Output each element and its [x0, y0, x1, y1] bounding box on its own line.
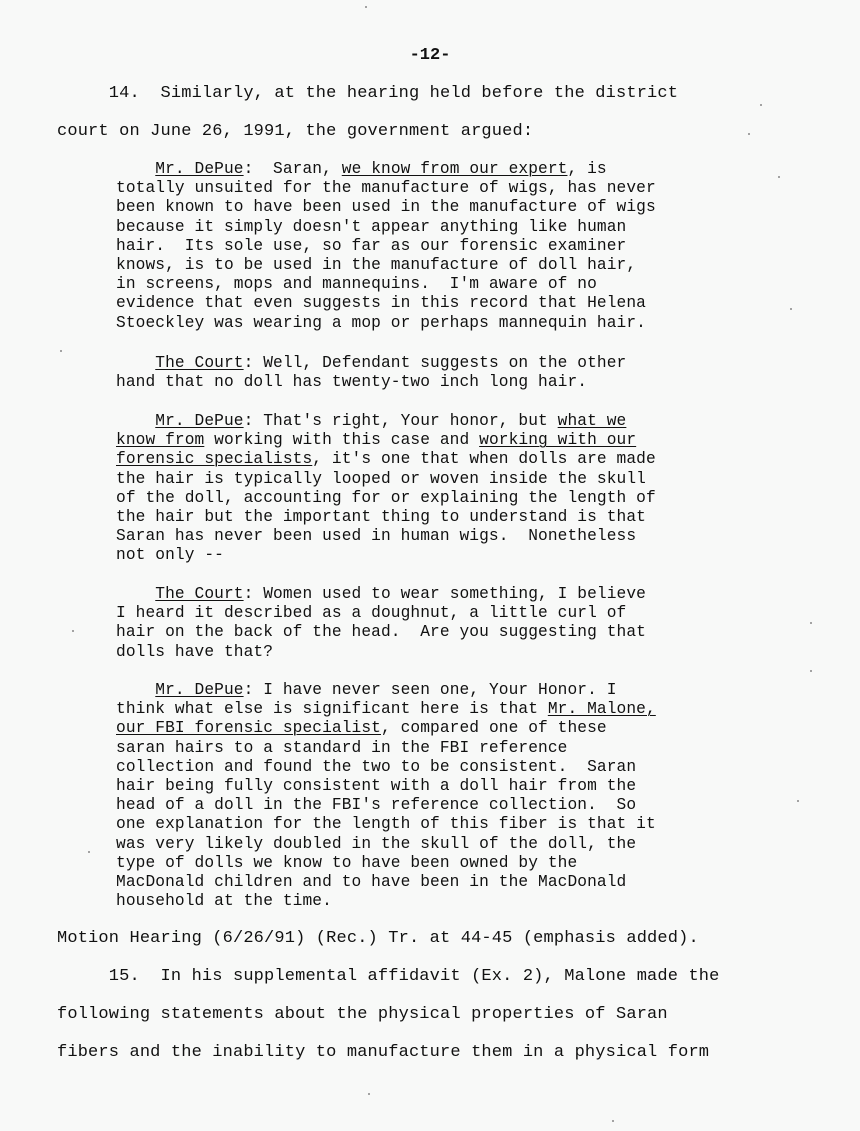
emphasis-underline: Mr. Malone,	[548, 700, 656, 718]
paragraph-15-line-1: 15. In his supplemental affidavit (Ex. 2…	[57, 967, 720, 986]
quote-text	[116, 412, 155, 430]
quote-text: head of a doll in the FBI's reference co…	[116, 796, 636, 814]
speaker-name: The Court	[155, 585, 243, 603]
scan-speck	[810, 670, 812, 672]
scan-speck	[365, 6, 367, 8]
quote-line: one explanation for the length of this f…	[116, 815, 796, 834]
scan-speck	[368, 1093, 370, 1095]
quote-text: dolls have that?	[116, 643, 273, 661]
quote-text	[116, 160, 155, 178]
quote-line: Mr. DePue: That's right, Your honor, but…	[116, 412, 796, 431]
quote-line: in screens, mops and mannequins. I'm awa…	[116, 275, 796, 294]
emphasis-underline: know from	[116, 431, 204, 449]
quote-text: in screens, mops and mannequins. I'm awa…	[116, 275, 597, 293]
quote-text: Stoeckley was wearing a mop or perhaps m…	[116, 314, 646, 332]
speaker-name: Mr. DePue	[155, 681, 243, 699]
scan-speck	[72, 630, 74, 632]
quote-text: household at the time.	[116, 892, 332, 910]
page-number: -12-	[0, 46, 860, 65]
quote-text: hair on the back of the head. Are you su…	[116, 623, 646, 641]
emphasis-underline: working with our	[479, 431, 636, 449]
scan-speck	[748, 133, 750, 135]
quote-line: type of dolls we know to have been owned…	[116, 854, 796, 873]
scan-speck	[797, 800, 799, 802]
speaker-name: Mr. DePue	[155, 160, 243, 178]
quote-line: the hair but the important thing to unde…	[116, 508, 796, 527]
quote-line: forensic specialists, it's one that when…	[116, 450, 796, 469]
quote-line: hair being fully consistent with a doll …	[116, 777, 796, 796]
quote-text: working with this case and	[204, 431, 479, 449]
quote-line: Mr. DePue: Saran, we know from our exper…	[116, 160, 796, 179]
scan-speck	[790, 308, 792, 310]
quote-text: think what else is significant here is t…	[116, 700, 548, 718]
scan-speck	[60, 350, 62, 352]
emphasis-underline: what we	[558, 412, 627, 430]
quote-line: household at the time.	[116, 892, 796, 911]
quote-text: totally unsuited for the manufacture of …	[116, 179, 656, 197]
quote-line: Stoeckley was wearing a mop or perhaps m…	[116, 314, 796, 333]
paragraph-15-line-3: fibers and the inability to manufacture …	[57, 1043, 709, 1062]
scan-speck	[88, 851, 90, 853]
quote-text: hair being fully consistent with a doll …	[116, 777, 636, 795]
quote-line: hair. Its sole use, so far as our forens…	[116, 237, 796, 256]
quote-line: dolls have that?	[116, 643, 796, 662]
scan-speck	[760, 104, 762, 106]
quote-line: think what else is significant here is t…	[116, 700, 796, 719]
speaker-name: Mr. DePue	[155, 412, 243, 430]
quote-text: knows, is to be used in the manufacture …	[116, 256, 636, 274]
quote-line: The Court: Women used to wear something,…	[116, 585, 796, 604]
quote-text: was very likely doubled in the skull of …	[116, 835, 636, 853]
quote-text: saran hairs to a standard in the FBI ref…	[116, 739, 567, 757]
quote-court-2: The Court: Women used to wear something,…	[116, 585, 796, 662]
emphasis-underline: we know from our expert	[342, 160, 568, 178]
quote-text: of the doll, accounting for or explainin…	[116, 489, 656, 507]
emphasis-underline: forensic specialists	[116, 450, 312, 468]
quote-text: MacDonald children and to have been in t…	[116, 873, 626, 891]
quote-line: of the doll, accounting for or explainin…	[116, 489, 796, 508]
quote-line: because it simply doesn't appear anythin…	[116, 218, 796, 237]
quote-text: evidence that even suggests in this reco…	[116, 294, 646, 312]
quote-text: , it's one that when dolls are made	[312, 450, 656, 468]
paragraph-14-line-1: 14. Similarly, at the hearing held befor…	[57, 84, 678, 103]
quote-text: , compared one of these	[381, 719, 607, 737]
quote-line: evidence that even suggests in this reco…	[116, 294, 796, 313]
quote-line: collection and found the two to be consi…	[116, 758, 796, 777]
quote-text: : Women used to wear something, I believ…	[244, 585, 646, 603]
quote-line: was very likely doubled in the skull of …	[116, 835, 796, 854]
quote-line: head of a doll in the FBI's reference co…	[116, 796, 796, 815]
scan-speck	[810, 622, 812, 624]
quote-text	[116, 585, 155, 603]
quote-text: type of dolls we know to have been owned…	[116, 854, 577, 872]
quote-line: knows, is to be used in the manufacture …	[116, 256, 796, 275]
quote-text: collection and found the two to be consi…	[116, 758, 636, 776]
quote-line: saran hairs to a standard in the FBI ref…	[116, 739, 796, 758]
quote-line: hand that no doll has twenty-two inch lo…	[116, 373, 796, 392]
quote-text: hair. Its sole use, so far as our forens…	[116, 237, 626, 255]
quote-text: : Well, Defendant suggests on the other	[244, 354, 627, 372]
quote-line: MacDonald children and to have been in t…	[116, 873, 796, 892]
quote-line: The Court: Well, Defendant suggests on t…	[116, 354, 796, 373]
quote-line: Mr. DePue: I have never seen one, Your H…	[116, 681, 796, 700]
quote-depue-1: Mr. DePue: Saran, we know from our exper…	[116, 160, 796, 333]
scan-speck	[778, 176, 780, 178]
quote-text: the hair is typically looped or woven in…	[116, 470, 646, 488]
quote-court-1: The Court: Well, Defendant suggests on t…	[116, 354, 796, 392]
quote-text: because it simply doesn't appear anythin…	[116, 218, 626, 236]
quote-line: hair on the back of the head. Are you su…	[116, 623, 796, 642]
quote-text	[116, 681, 155, 699]
quote-line: our FBI forensic specialist, compared on…	[116, 719, 796, 738]
quote-text: hand that no doll has twenty-two inch lo…	[116, 373, 587, 391]
speaker-name: The Court	[155, 354, 243, 372]
quote-line: not only --	[116, 546, 796, 565]
quote-text: : That's right, Your honor, but	[244, 412, 558, 430]
quote-depue-3: Mr. DePue: I have never seen one, Your H…	[116, 681, 796, 911]
quote-text: : Saran,	[244, 160, 342, 178]
quote-text: Saran has never been used in human wigs.…	[116, 527, 636, 545]
scan-speck	[612, 1120, 614, 1122]
quote-line: Saran has never been used in human wigs.…	[116, 527, 796, 546]
quote-text: one explanation for the length of this f…	[116, 815, 656, 833]
quote-line: totally unsuited for the manufacture of …	[116, 179, 796, 198]
quote-depue-2: Mr. DePue: That's right, Your honor, but…	[116, 412, 796, 566]
emphasis-underline: our FBI forensic specialist	[116, 719, 381, 737]
paragraph-14-line-2: court on June 26, 1991, the government a…	[57, 122, 533, 141]
quote-line: know from working with this case and wor…	[116, 431, 796, 450]
quote-line: I heard it described as a doughnut, a li…	[116, 604, 796, 623]
quote-text: been known to have been used in the manu…	[116, 198, 656, 216]
quote-text	[116, 354, 155, 372]
quote-text: I heard it described as a doughnut, a li…	[116, 604, 626, 622]
paragraph-15-line-2: following statements about the physical …	[57, 1005, 668, 1024]
citation: Motion Hearing (6/26/91) (Rec.) Tr. at 4…	[57, 929, 699, 948]
quote-line: been known to have been used in the manu…	[116, 198, 796, 217]
quote-text: , is	[567, 160, 606, 178]
quote-text: : I have never seen one, Your Honor. I	[244, 681, 617, 699]
quote-line: the hair is typically looped or woven in…	[116, 470, 796, 489]
quote-text: the hair but the important thing to unde…	[116, 508, 646, 526]
quote-text: not only --	[116, 546, 224, 564]
